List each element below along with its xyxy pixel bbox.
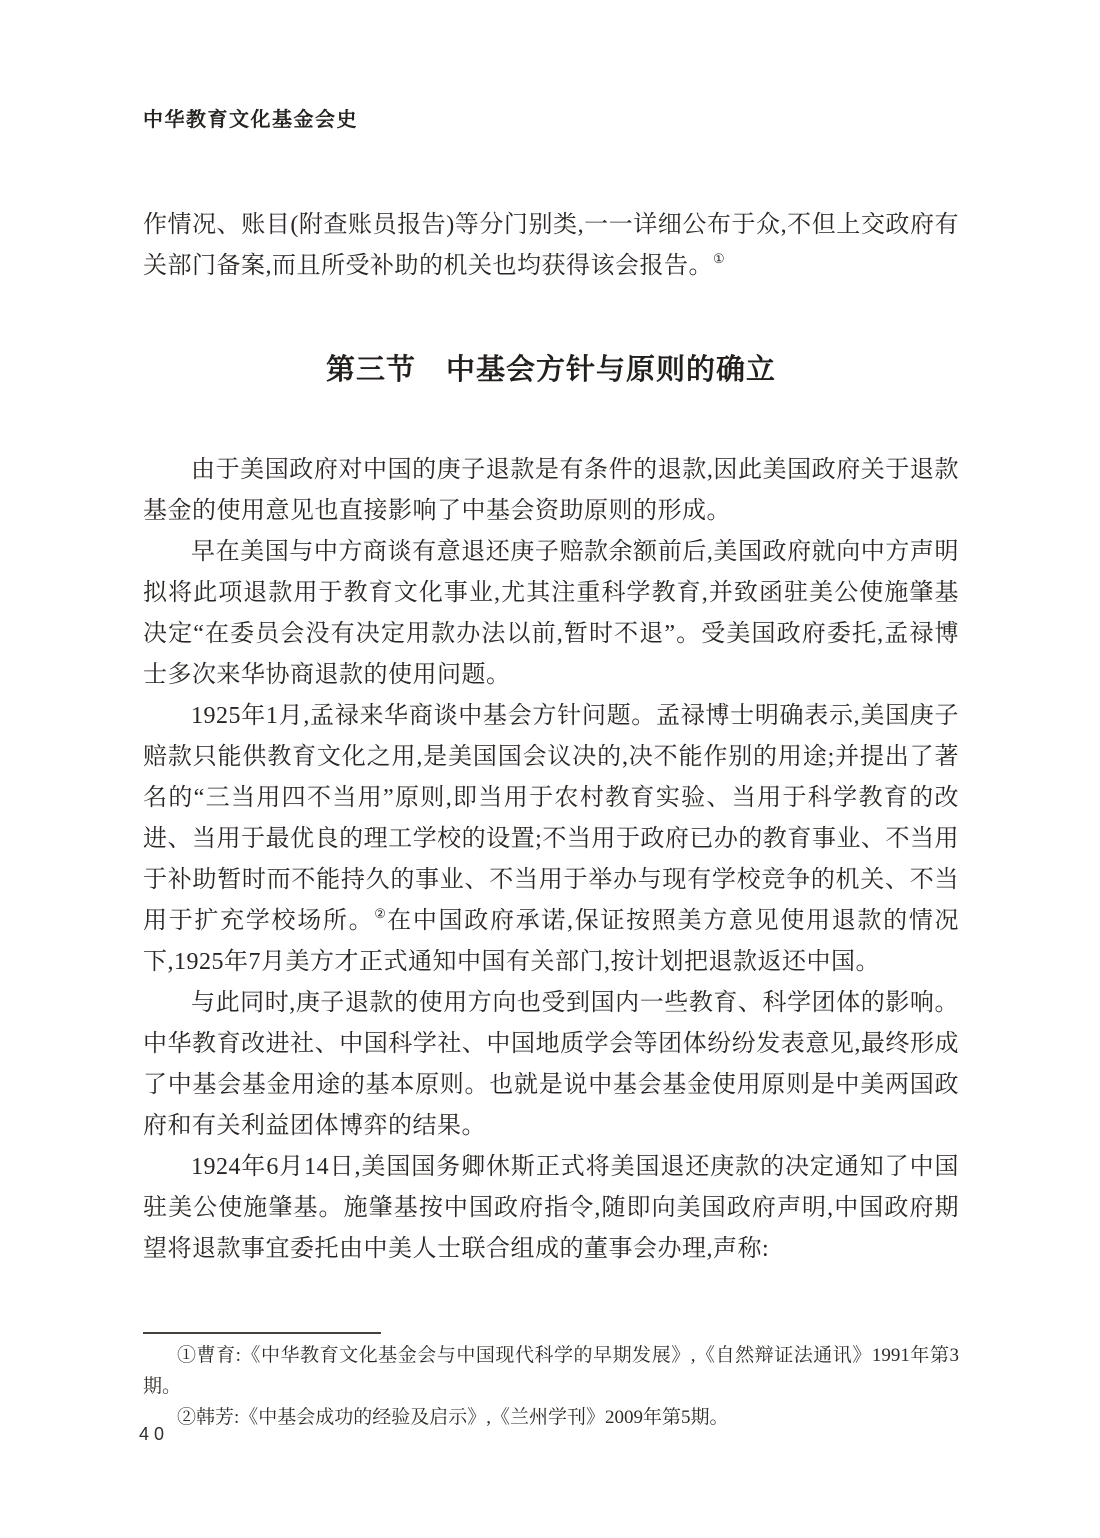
footnote-ref-2: ② xyxy=(374,906,387,921)
footnote-text: 曹育:《中华教育文化基金会与中国现代科学的早期发展》,《自然辩证法通讯》1991… xyxy=(143,1345,959,1397)
body-text-block: 由于美国政府对中国的庚子退款是有条件的退款,因此美国政府关于退款基金的使用意见也… xyxy=(143,450,959,1270)
book-page: 中华教育文化基金会史 作情况、账目(附查账员报告)等分门别类,一一详细公布于众,… xyxy=(0,0,1100,1538)
footnotes-block: ①曹育:《中华教育文化基金会与中国现代科学的早期发展》,《自然辩证法通讯》199… xyxy=(143,1340,959,1433)
footnote-marker: ② xyxy=(177,1407,196,1428)
footnote-item: ②韩芳:《中基会成功的经验及启示》,《兰州学刊》2009年第5期。 xyxy=(143,1402,959,1433)
paragraph: 1925年1月,孟禄来华商谈中基会方针问题。孟禄博士明确表示,美国庚子赔款只能供… xyxy=(143,696,959,983)
paragraph: 早在美国与中方商谈有意退还庚子赔款余额前后,美国政府就向中方声明拟将此项退款用于… xyxy=(143,532,959,696)
footnote-item: ①曹育:《中华教育文化基金会与中国现代科学的早期发展》,《自然辩证法通讯》199… xyxy=(143,1340,959,1402)
paragraph: 与此同时,庚子退款的使用方向也受到国内一些教育、科学团体的影响。中华教育改进社、… xyxy=(143,983,959,1147)
paragraph-text: 作情况、账目(附查账员报告)等分门别类,一一详细公布于众,不但上交政府有关部门备… xyxy=(143,212,959,279)
paragraph-continuation: 作情况、账目(附查账员报告)等分门别类,一一详细公布于众,不但上交政府有关部门备… xyxy=(143,205,959,287)
footnote-ref-1: ① xyxy=(713,251,725,266)
running-head: 中华教育文化基金会史 xyxy=(143,103,358,132)
section-heading: 第三节 中基会方针与原则的确立 xyxy=(143,347,959,388)
paragraph: 由于美国政府对中国的庚子退款是有条件的退款,因此美国政府关于退款基金的使用意见也… xyxy=(143,450,959,532)
footnote-marker: ① xyxy=(177,1345,197,1366)
paragraph: 1924年6月14日,美国国务卿休斯正式将美国退还庚款的决定通知了中国驻美公使施… xyxy=(143,1147,959,1270)
footnote-text: 韩芳:《中基会成功的经验及启示》,《兰州学刊》2009年第5期。 xyxy=(196,1407,729,1428)
footnote-separator xyxy=(143,1332,381,1334)
paragraph-text: 1925年1月,孟禄来华商谈中基会方针问题。孟禄博士明确表示,美国庚子赔款只能供… xyxy=(143,703,959,934)
page-number: 40 xyxy=(139,1424,169,1445)
